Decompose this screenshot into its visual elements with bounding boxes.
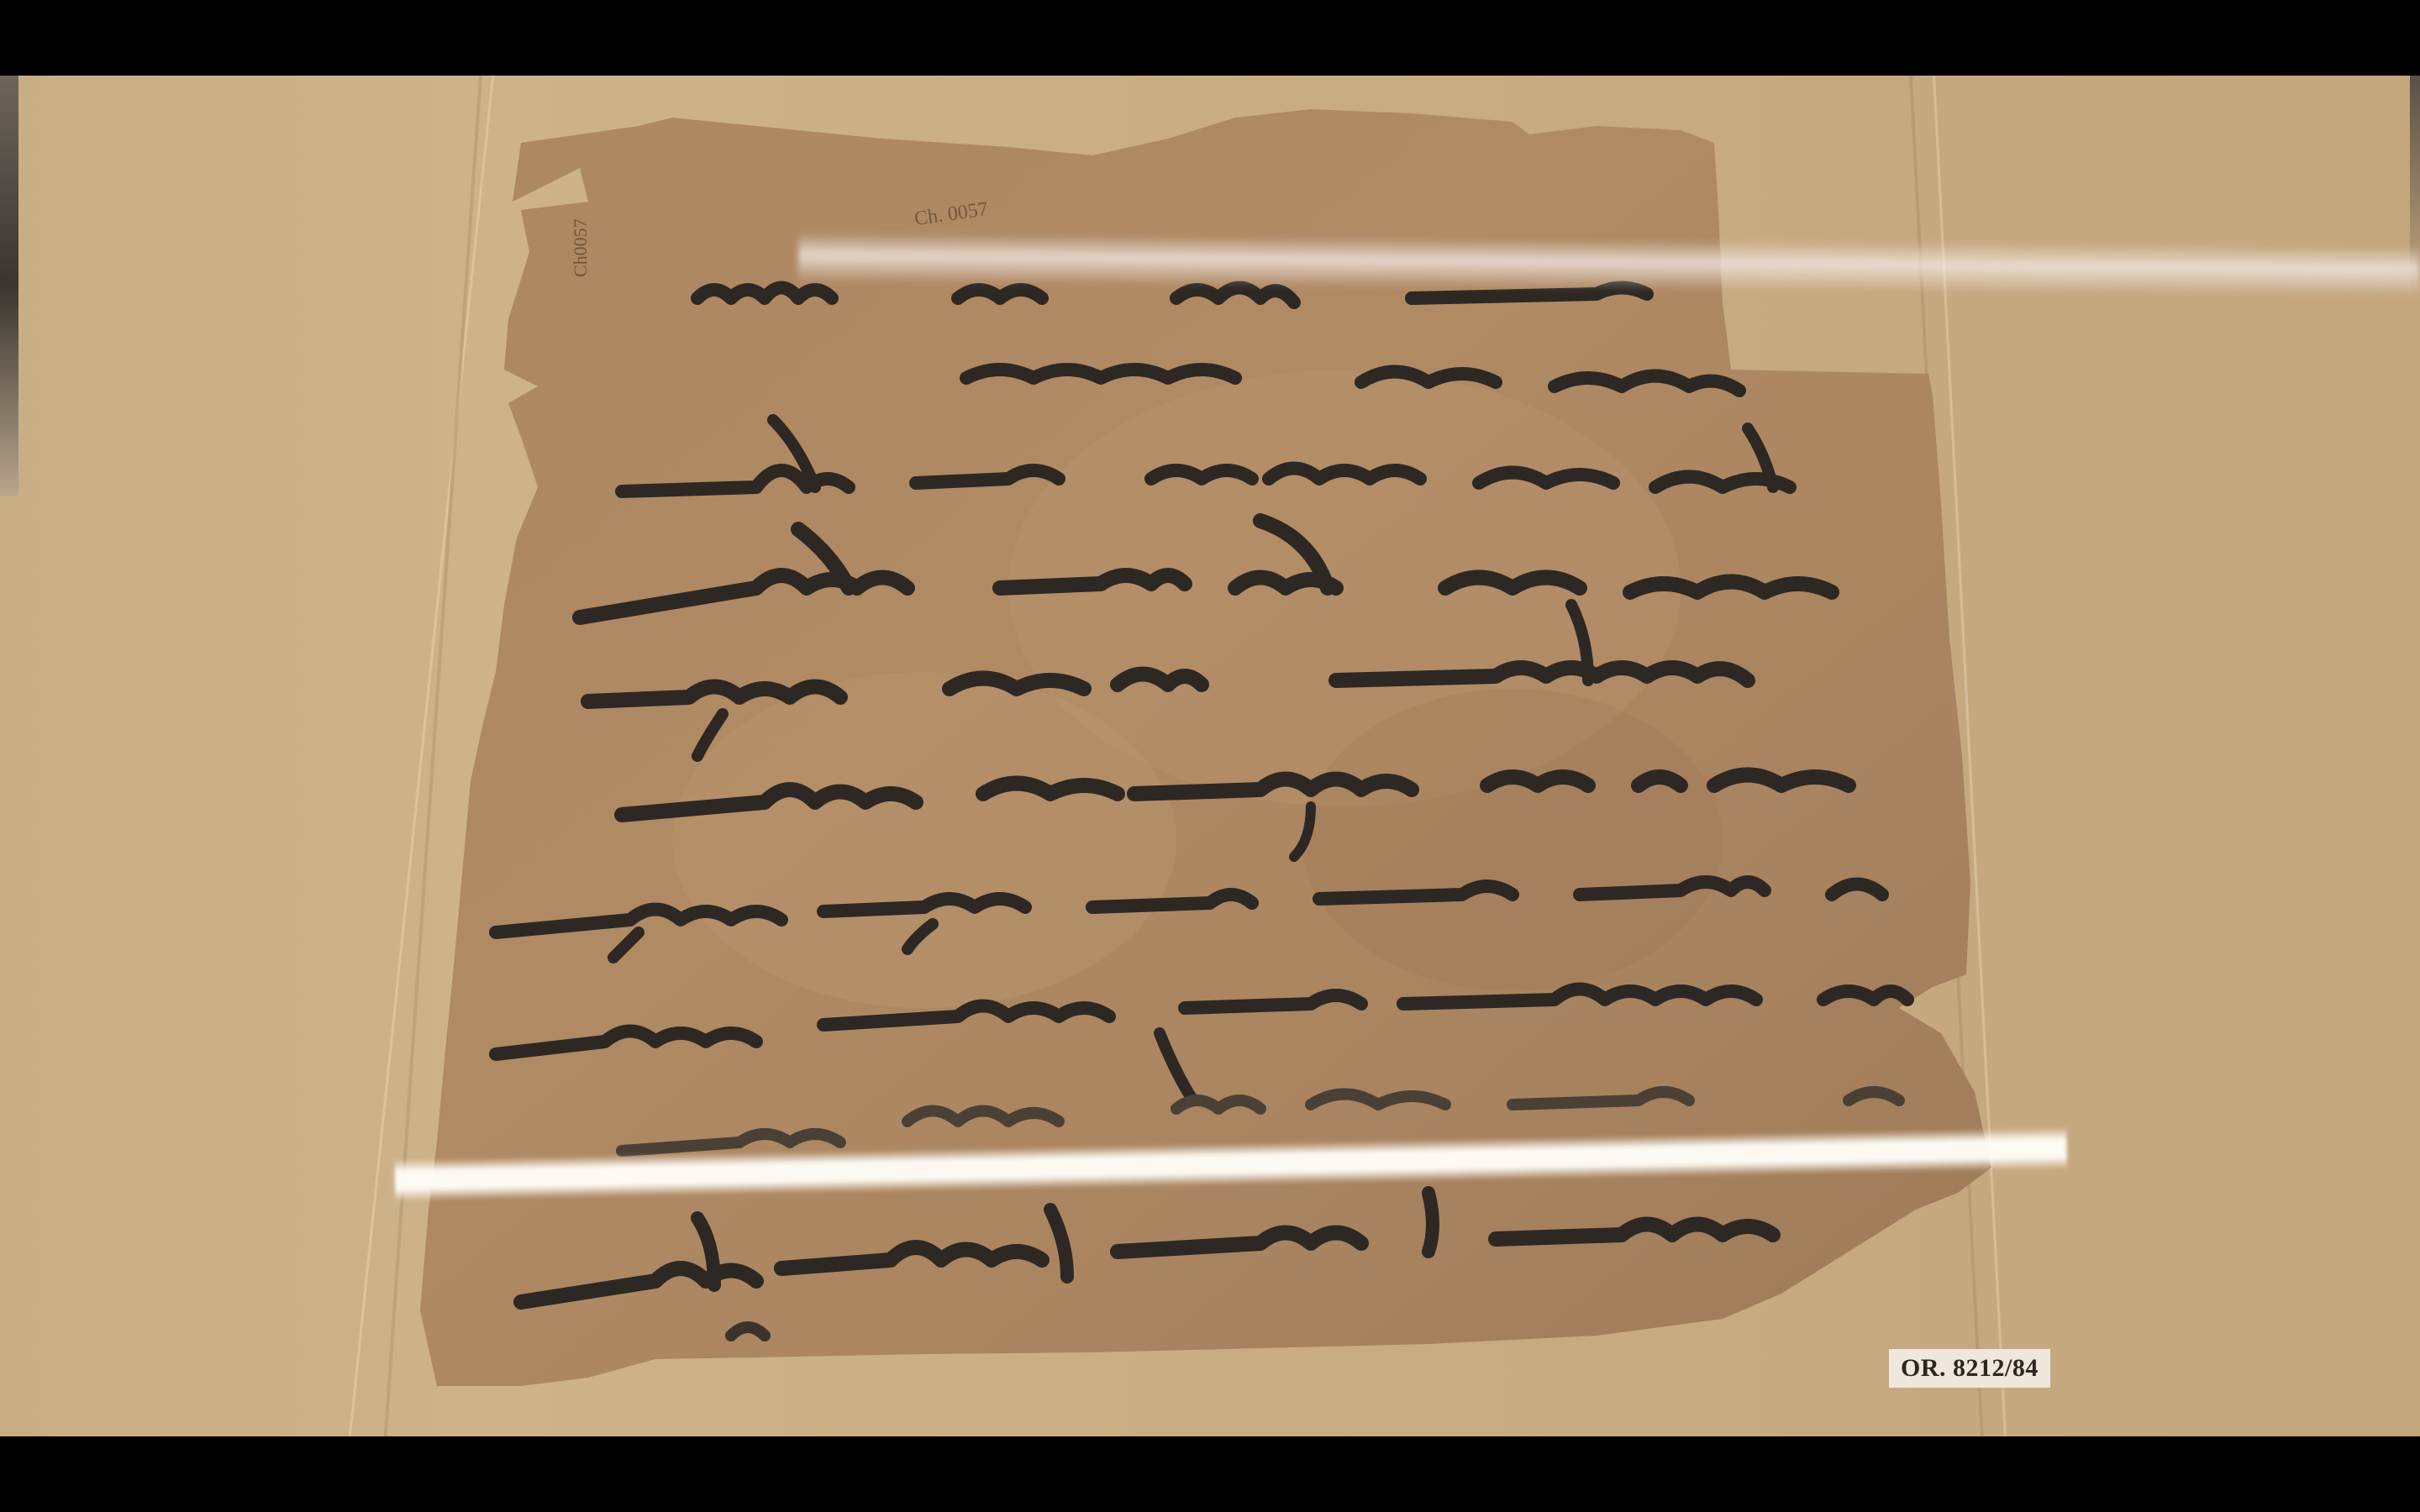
museum-label: OR. 8212/84 (1889, 1349, 2050, 1388)
letterbox-bottom (0, 1436, 2420, 1512)
museum-display: Ch0057 Ch. 0057 OR. 8212/84 (0, 76, 2420, 1436)
letterbox-top (0, 0, 2420, 76)
inventory-number-note: Ch0057 (570, 218, 592, 277)
